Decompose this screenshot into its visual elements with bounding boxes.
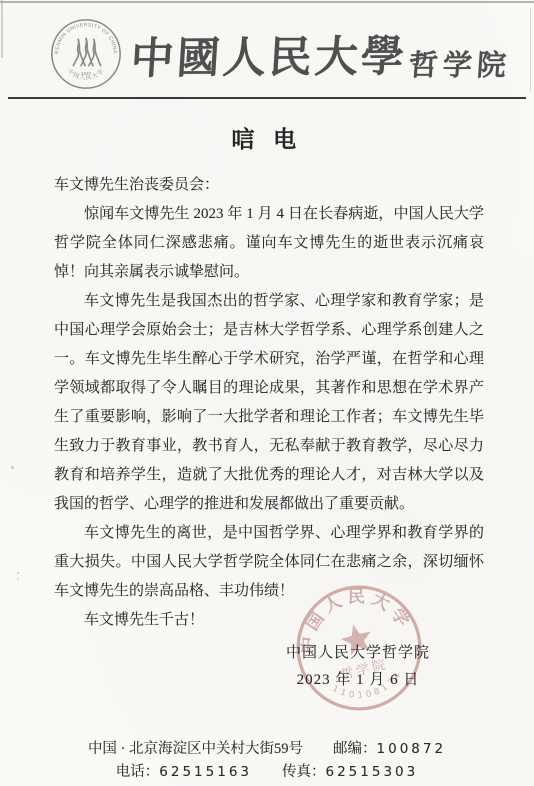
university-logo-icon: RENMIN UNIVERSITY OF CHINA 1937 中国人民大学 xyxy=(47,15,125,93)
footer-phone-label: 电话： xyxy=(116,764,160,780)
footer-postal-code: 100872 xyxy=(377,741,447,757)
salutation: 车文博先生治丧委员会： xyxy=(54,171,484,200)
scan-edge-artifact xyxy=(530,8,531,92)
footer-line-contacts: 电话：62515163传真：62515303 xyxy=(0,761,534,784)
footer-address: 中国 · 北京海淀区中关村大街59号 xyxy=(88,741,303,757)
letter-body: 车文博先生治丧委员会： 惊闻车文博先生 2023 年 1 月 4 日在长春病逝，… xyxy=(54,171,484,635)
signature-organization: 中国人民大学哲学院 xyxy=(248,641,468,662)
paragraph-2: 车文博先生是我国杰出的哲学家、心理学家和教育学家；是中国心理学会原始会士；是吉林… xyxy=(54,287,484,519)
condolence-letter-page: RENMIN UNIVERSITY OF CHINA 1937 中国人民大学 中… xyxy=(0,0,534,786)
footer-fax-number: 62515303 xyxy=(326,764,419,780)
footer-postal-label: 邮编： xyxy=(333,741,377,757)
letter-footer: 中国 · 北京海淀区中关村大街59号邮编：100872 电话：62515163传… xyxy=(0,738,534,784)
scan-edge-artifact xyxy=(1,0,3,58)
footer-fax-label: 传真： xyxy=(282,764,326,780)
signature-date: 2023 年 1 月 6 日 xyxy=(248,668,468,689)
footer-phone-number: 62515163 xyxy=(159,764,252,780)
letterhead-divider xyxy=(8,97,526,99)
logo-three-figures xyxy=(73,38,100,65)
scan-noise-dot xyxy=(17,572,19,574)
scan-edge-artifact xyxy=(0,1,534,3)
scan-noise-dot xyxy=(11,466,14,469)
university-name-calligraphy: 中國人民大學 xyxy=(129,23,409,86)
footer-line-address: 中国 · 北京海淀区中关村大街59号邮编：100872 xyxy=(0,738,534,761)
paragraph-1: 惊闻车文博先生 2023 年 1 月 4 日在长春病逝，中国人民大学哲学院全体同… xyxy=(54,200,484,287)
letter-title: 唁 电 xyxy=(0,121,534,154)
department-name: 哲学院 xyxy=(408,43,513,84)
